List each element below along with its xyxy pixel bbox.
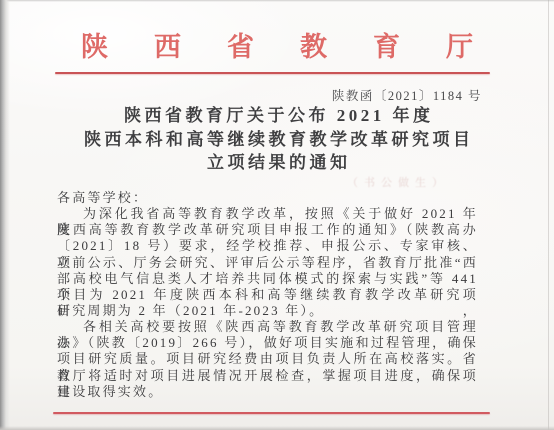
body-line: 项前公示、厅务会研究、评审后公示等程序，省教育厅批准“西 <box>57 255 478 271</box>
body-line: 部高校电气信息类人才培养共同体模式的探索与实践”等 441 个 <box>57 271 478 287</box>
bleed-through-text: （书公做生） <box>347 174 449 190</box>
scanned-document-page: 陕西省教育厅 陕教函〔2021〕1184 号 陕西省教育厅关于公布 2021 年… <box>0 0 554 430</box>
document-number: 陕教函〔2021〕1184 号 <box>332 86 482 104</box>
document-title-line-1: 陕西省教育厅关于公布 2021 年度 <box>0 104 554 128</box>
body-line: 为深化我省高等教育教学改革，按照《关于做好 2021 年度 <box>57 206 478 222</box>
body-line: 项目研究质量。项目研究经费由项目负责人所在高校落实。省教 <box>57 351 478 367</box>
body-line: 〔2021〕18 号）要求，经学校推荐、申报公示、专家审核、立 <box>57 238 478 254</box>
document-title: 陕西省教育厅关于公布 2021 年度 陕西本科和高等继续教育教学改革研究项目 立… <box>0 104 554 175</box>
body-line: 陕西高等教育教学改革研究项目申报工作的通知》（陕教高办 <box>57 222 478 238</box>
salutation: 各高等学校： <box>57 190 478 206</box>
scan-edge-left <box>0 0 10 430</box>
agency-letterhead: 陕西省教育厅 <box>0 30 554 64</box>
scan-edge-top <box>0 0 554 2</box>
scan-edge-right <box>548 0 549 430</box>
document-title-line-3: 立项结果的通知 <box>0 151 554 175</box>
letterhead-red-rule <box>55 72 490 74</box>
footer-red-rule <box>53 412 490 414</box>
body-line: 项目为 2021 年度陕西本科和高等继续教育教学改革研究项目， <box>57 287 478 303</box>
body-line: 各相关高校要按照《陕西高等教育教学改革研究项目管理办 <box>57 319 478 335</box>
body-line: 建设取得实效。 <box>57 384 478 400</box>
scan-edge-bottom <box>0 426 554 430</box>
document-body: 各高等学校： 为深化我省高等教育教学改革，按照《关于做好 2021 年度 陕西高… <box>57 190 478 400</box>
body-line: 育厅将适时对项目进展情况开展检查，掌握项目进度，确保项目 <box>57 368 478 384</box>
document-title-line-2: 陕西本科和高等继续教育教学改革研究项目 <box>0 128 554 152</box>
body-line: 法》（陕教〔2019〕266 号），做好项目实施和过程管理，确保 <box>57 335 478 351</box>
